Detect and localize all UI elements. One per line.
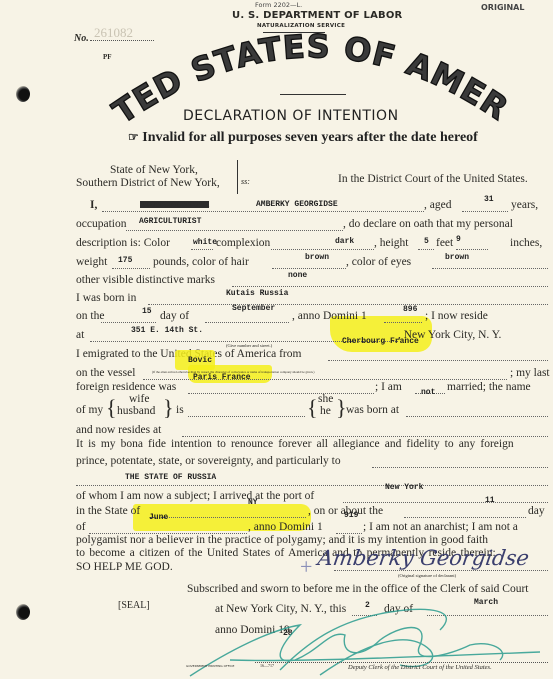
- declarant-signature-hint: (Original signature of declarant): [398, 573, 456, 578]
- pounds-hair-label: pounds, color of hair: [153, 256, 249, 268]
- hair-value: brown: [305, 253, 329, 262]
- vessel-label: on the vessel: [76, 367, 135, 379]
- married-label: married; the name: [447, 381, 531, 393]
- venue-brace: [237, 160, 238, 194]
- complexion-value: dark: [335, 237, 354, 246]
- birth-month-line: [205, 321, 289, 323]
- occupation-value: AGRICULTURIST: [139, 217, 201, 226]
- height-feet: 5: [424, 237, 429, 246]
- birth-year: 896: [403, 305, 417, 314]
- height-inches: 9: [456, 235, 461, 244]
- state-label: in the State of: [76, 505, 140, 517]
- is-label: is: [176, 404, 184, 416]
- birth-year-line: [384, 321, 422, 323]
- declarant-signature: Amberky Georgidse: [316, 546, 530, 570]
- marks-line: [232, 285, 548, 287]
- renounce-text-1: It is my bona fide intention to renounce…: [76, 438, 514, 450]
- anno-domini-label: , anno Domini 1: [248, 521, 323, 533]
- she-option: she: [318, 393, 333, 405]
- description-label: description is: Color: [76, 237, 170, 249]
- left-brace: {: [307, 395, 318, 421]
- age-value: 31: [484, 195, 494, 204]
- of-my-label: of my: [76, 404, 103, 416]
- eyes-value: brown: [445, 253, 469, 262]
- venue-state: State of New York,: [110, 164, 198, 176]
- height-label: , height: [374, 237, 409, 249]
- born-label: I was born in: [76, 292, 136, 304]
- declarant-name: AMBERKY GEORGIDSE: [256, 200, 338, 209]
- renounce-text-2: prince, potentate, state, or sovereignty…: [76, 455, 341, 467]
- name-field-line: [102, 210, 424, 212]
- i-am-label: ; I am: [375, 381, 402, 393]
- color-line: [191, 248, 213, 250]
- spouse-name-line: [188, 415, 305, 417]
- venue-district: Southern District of New York,: [76, 177, 220, 189]
- inches-label: inches,: [510, 237, 542, 249]
- reside-label: ; I now reside: [425, 310, 488, 322]
- years-label: years,: [511, 199, 538, 211]
- birth-day-line: [101, 321, 156, 323]
- polygamist-text: polygamist nor a believer in the practic…: [76, 534, 488, 546]
- declaration-document: Form 2202—L. U. S. DEPARTMENT OF LABOR N…: [0, 0, 553, 679]
- foreign-residence: Paris France: [193, 373, 251, 382]
- he-option: he: [320, 405, 331, 417]
- eyes-label: , color of eyes: [346, 256, 411, 268]
- sworn-text: Subscribed and sworn to before me in the…: [187, 583, 529, 595]
- form-code: 16—717: [260, 663, 274, 668]
- clerk-signature-line: [255, 662, 548, 663]
- hair-line: [272, 267, 346, 269]
- anno-domini-label: , anno Domini 1: [292, 310, 367, 322]
- declare-label: , do declare on oath that my personal: [343, 218, 513, 230]
- pointing-hand-icon: ☞: [128, 130, 139, 144]
- height-feet-line: [418, 248, 434, 250]
- name-struck-out: XXXXXXXXXXXXXXXX: [140, 201, 209, 208]
- court-name: In the District Court of the United Stat…: [338, 173, 528, 185]
- birthplace-value: Kutais Russia: [226, 289, 288, 298]
- so-help-me-god: SO HELP ME GOD.: [76, 561, 173, 573]
- sovereign-line: [76, 484, 548, 486]
- spouse-birthplace-line: [406, 415, 548, 417]
- married-status: not: [421, 388, 435, 397]
- arrival-day: 11: [485, 496, 495, 505]
- weight-value: 175: [118, 256, 132, 265]
- foreign-residence-line: [188, 392, 374, 394]
- arrival-state: NY: [248, 498, 258, 507]
- at-label: at: [76, 329, 84, 341]
- seal-label: [SEAL]: [118, 600, 150, 611]
- occupation-label: occupation: [76, 218, 126, 230]
- height-inches-line: [456, 248, 488, 250]
- right-brace: }: [163, 395, 174, 421]
- ss-label: ss:: [241, 177, 250, 186]
- day-of-label: day of: [160, 310, 189, 322]
- resides-label: and now resides at: [76, 424, 161, 436]
- punch-hole-icon: [16, 604, 30, 620]
- printer-imprint: GOVERNMENT PRINTING OFFICE: [186, 664, 234, 668]
- title-rule: [280, 94, 346, 95]
- last-label: ; my last: [510, 367, 550, 379]
- birth-month: September: [232, 304, 275, 313]
- validity-warning: Invalid for all purposes seven years aft…: [142, 130, 478, 145]
- anarchist-label: ; I am not an anarchist; I am not a: [363, 521, 518, 533]
- aged-label: , aged: [424, 199, 451, 211]
- sovereignty-line: [372, 466, 548, 468]
- husband-option: husband: [117, 405, 155, 417]
- address-value: 351 E. 14th St.: [131, 326, 203, 335]
- color-value: white: [193, 238, 217, 247]
- marks-value: none: [288, 271, 307, 280]
- weight-label: weight: [76, 256, 107, 268]
- complexion-label: complexion: [216, 237, 270, 249]
- birth-day: 15: [142, 307, 152, 316]
- arrival-port: New York: [385, 483, 423, 492]
- marks-label: other visible distinctive marks: [76, 274, 215, 286]
- arrival-state-line: [150, 516, 306, 518]
- document-title: DECLARATION OF INTENTION: [183, 108, 399, 124]
- sovereign-name: THE STATE OF RUSSIA: [125, 473, 216, 482]
- feet-label: feet: [436, 237, 453, 249]
- emigrated-from: Cherbourg France: [342, 337, 419, 346]
- cross-mark-icon: +: [300, 554, 312, 580]
- clerk-title: Deputy Clerk of the District Court of th…: [348, 664, 492, 671]
- age-line: [462, 210, 508, 212]
- occupation-line: [126, 229, 343, 231]
- birthplace-line: [148, 303, 548, 305]
- left-brace: {: [106, 395, 117, 421]
- wife-option: wife: [129, 393, 149, 405]
- i-label: I,: [90, 199, 97, 211]
- complexion-line: [271, 248, 374, 250]
- day-label: day: [528, 505, 545, 517]
- signature-line: [334, 569, 548, 571]
- arrival-month: June: [149, 513, 168, 522]
- subject-label: of whom I am now a subject; I arrived at…: [76, 490, 314, 502]
- right-brace: }: [336, 395, 347, 421]
- born-at-label: was born at: [346, 404, 399, 416]
- of-label: of: [76, 521, 86, 533]
- foreign-residence-label: foreign residence was: [76, 381, 176, 393]
- weight-line: [112, 267, 150, 269]
- spouse-residence-line: [182, 435, 548, 437]
- arrival-year: 919: [344, 511, 358, 520]
- eyes-line: [432, 267, 548, 269]
- arrival-day-line: [404, 516, 526, 518]
- emigrated-line: [328, 359, 548, 361]
- vessel-name: Bovic: [188, 356, 212, 365]
- port-line: [343, 501, 548, 503]
